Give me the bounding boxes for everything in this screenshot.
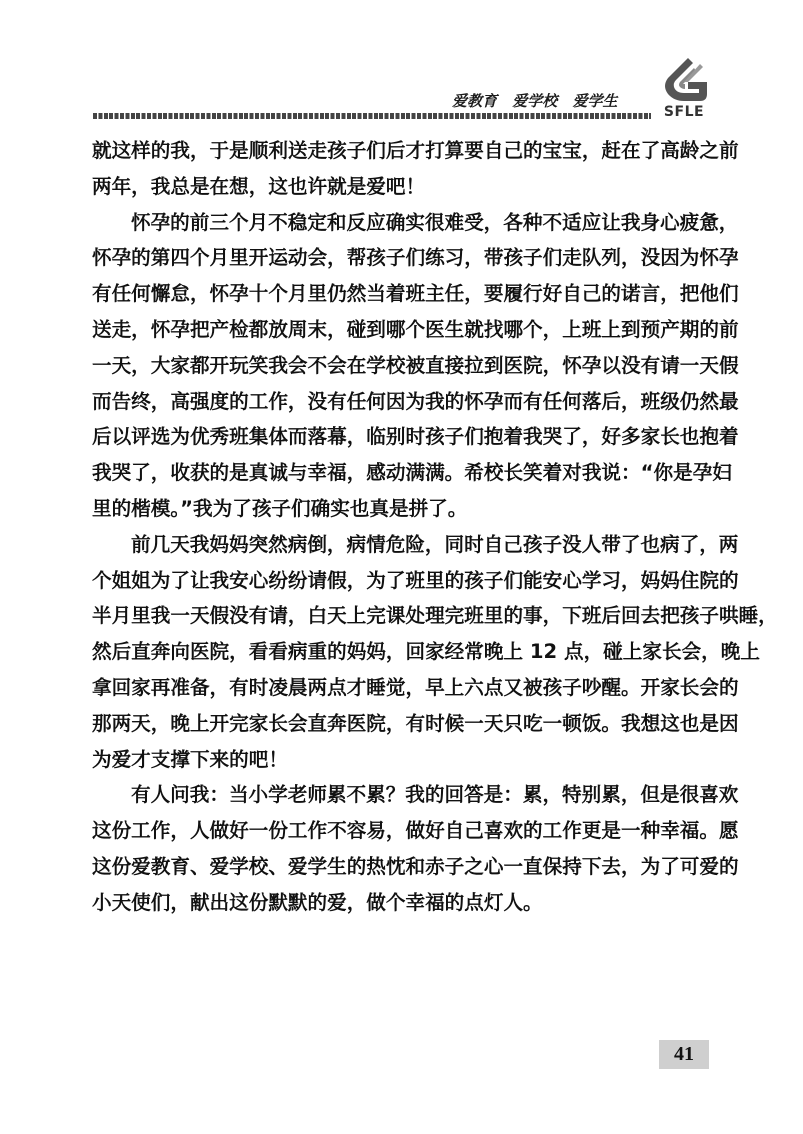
text-line: 怀孕的前三个月不稳定和反应确实很难受，各种不适应让我身心疲惫， xyxy=(92,205,710,241)
text-line: 拿回家再准备，有时凌晨两点才睡觉，早上六点又被孩子吵醒。开家长会的 xyxy=(92,670,710,706)
text-line: 小天使们，献出这份默默的爱，做个幸福的点灯人。 xyxy=(92,885,710,921)
text-line: 这份爱教育、爱学校、爱学生的热忱和赤子之心一直保持下去，为了可爱的 xyxy=(92,849,710,885)
text-line: 一天，大家都开玩笑我会不会在学校被直接拉到医院，怀孕以没有请一天假 xyxy=(92,348,710,384)
text-line: 这份工作，人做好一份工作不容易，做好自己喜欢的工作更是一种幸福。愿 xyxy=(92,813,710,849)
text-line: 有任何懈怠，怀孕十个月里仍然当着班主任，要履行好自己的诺言，把他们 xyxy=(92,276,710,312)
text-line: 而告终，高强度的工作，没有任何因为我的怀孕而有任何落后，班级仍然最 xyxy=(92,384,710,420)
body-text: 就这样的我，于是顺利送走孩子们后才打算要自己的宝宝，赶在了高龄之前两年，我总是在… xyxy=(92,133,710,921)
header-hatched-rule xyxy=(93,113,651,119)
page-header: 爱教育 爱学校 爱学生 SFLE xyxy=(0,0,803,130)
text-line: 个姐姐为了让我安心纷纷请假，为了班里的孩子们能安心学习，妈妈住院的 xyxy=(92,563,710,599)
text-line: 里的楷模。”我为了孩子们确实也真是拼了。 xyxy=(92,491,710,527)
text-line: 就这样的我，于是顺利送走孩子们后才打算要自己的宝宝，赶在了高龄之前 xyxy=(92,133,710,169)
text-line: 后以评选为优秀班集体而落幕，临别时孩子们抱着我哭了，好多家长也抱着 xyxy=(92,419,710,455)
page-number: 41 xyxy=(659,1040,709,1069)
slogan-part: 爱教育 xyxy=(452,92,497,110)
logo-text: SFLE xyxy=(658,104,710,120)
sfle-logo: SFLE xyxy=(658,56,710,122)
text-line: 送走，怀孕把产检都放周末，碰到哪个医生就找哪个，上班上到预产期的前 xyxy=(92,312,710,348)
slogan-part: 爱学生 xyxy=(573,92,618,110)
swirl-g-logo-icon xyxy=(658,56,710,104)
text-line: 然后直奔向医院，看看病重的妈妈，回家经常晚上 12 点，碰上家长会，晚上 xyxy=(92,634,710,670)
header-slogan: 爱教育 爱学校 爱学生 xyxy=(452,90,628,111)
text-line: 怀孕的第四个月里开运动会，帮孩子们练习，带孩子们走队列，没因为怀孕 xyxy=(92,240,710,276)
text-line: 两年，我总是在想，这也许就是爱吧！ xyxy=(92,169,710,205)
text-line: 那两天，晚上开完家长会直奔医院，有时候一天只吃一顿饭。我想这也是因 xyxy=(92,706,710,742)
text-line: 前几天我妈妈突然病倒，病情危险，同时自己孩子没人带了也病了，两 xyxy=(92,527,710,563)
slogan-part: 爱学校 xyxy=(512,92,557,110)
text-line: 半月里我一天假没有请，白天上完课处理完班里的事，下班后回去把孩子哄睡， xyxy=(92,598,710,634)
text-line: 为爱才支撑下来的吧！ xyxy=(92,742,710,778)
text-line: 我哭了，收获的是真诚与幸福，感动满满。希校长笑着对我说：“你是孕妇 xyxy=(92,455,710,491)
text-line: 有人问我：当小学老师累不累？我的回答是：累，特别累，但是很喜欢 xyxy=(92,777,710,813)
